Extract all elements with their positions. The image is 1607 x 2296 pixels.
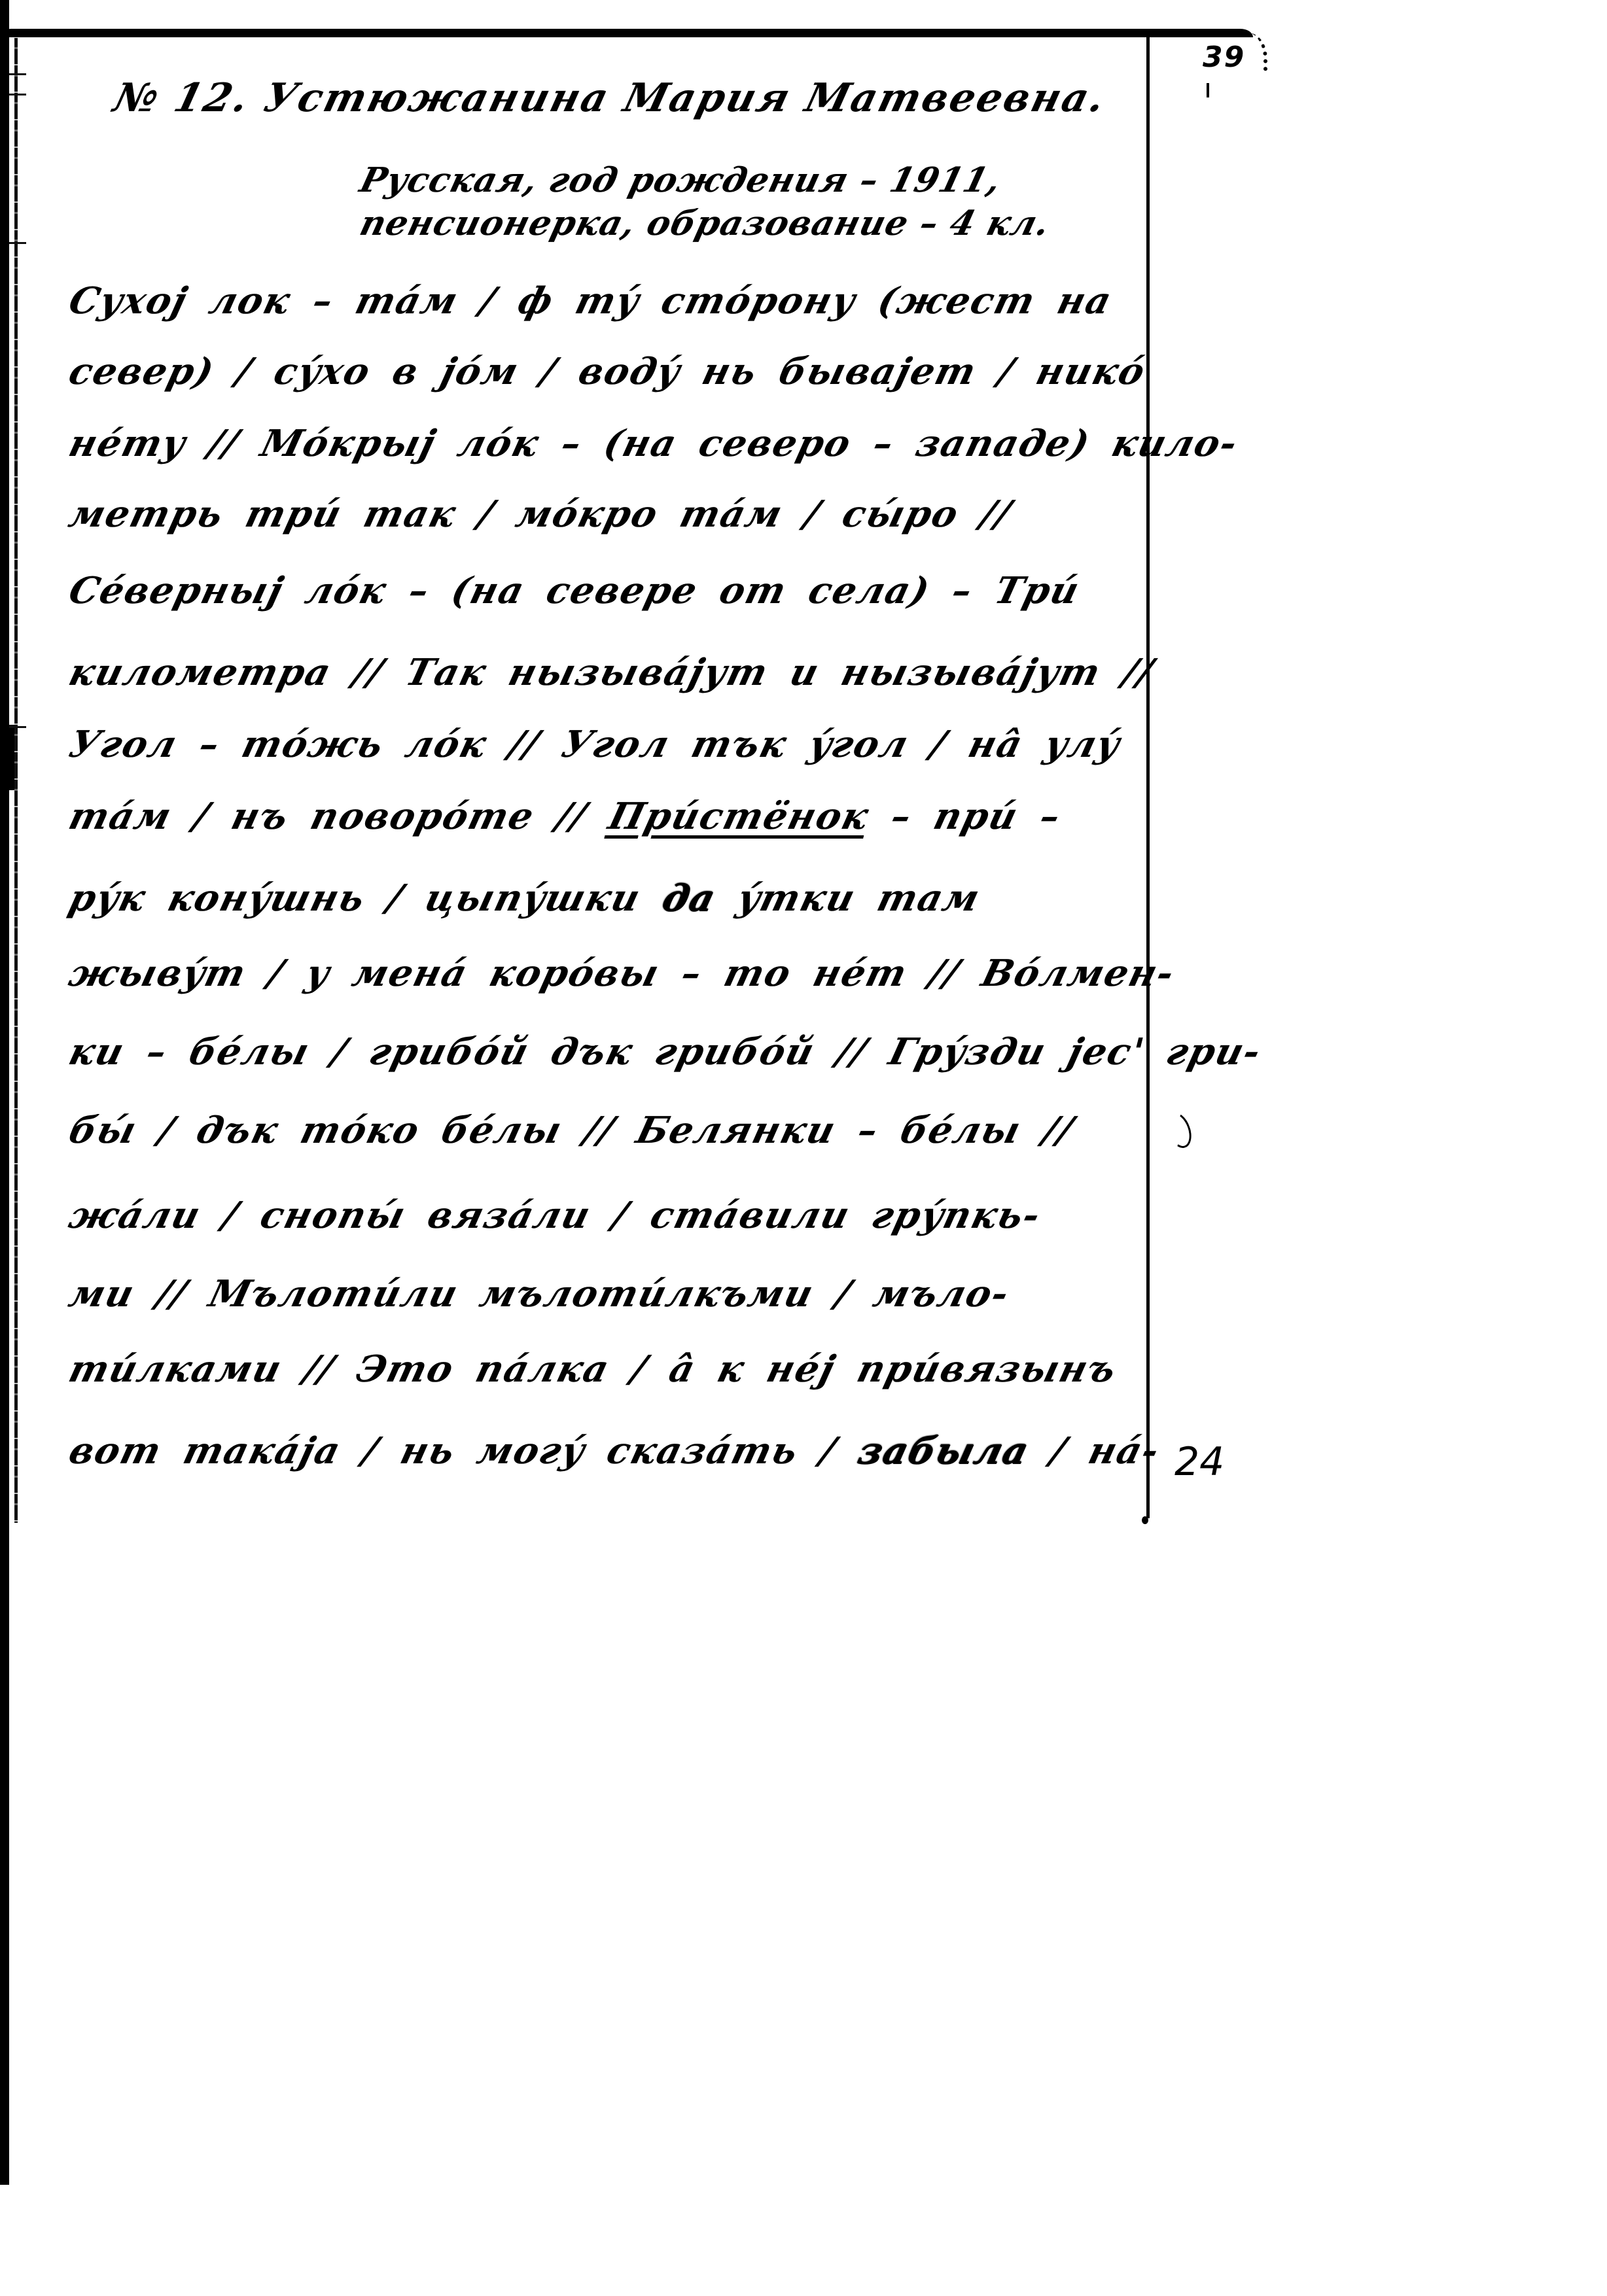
page-corner-curl [1246,33,1267,72]
edge-mark [9,726,26,728]
text-line: жывýт / у менá корóвы – то нéт // Вóлмен… [65,955,1178,992]
margin-line-end-mark [1142,1516,1148,1524]
ink-speck [1207,83,1209,97]
text-segment: тáм / нъ поворóте // [65,795,615,838]
binding-strip [0,0,9,2185]
text-line: Угол – тóжь лóк // Угол тък ýгол / нâ ул… [65,726,1124,763]
edge-mark [9,73,26,75]
text-segment: / нá- [1023,1429,1164,1472]
text-segment: ýтки там [710,877,985,920]
page-top-border [7,29,1253,37]
text-line: тúлками // Это пáлка / â к нéј прúвязынъ [65,1351,1121,1387]
folio-number-bottom: 24 [1174,1439,1224,1485]
text-line: север) / сýхо в jóм / водý нь бываjет / … [65,353,1150,390]
text-line: бы́ / дък тóко бéлы // Белянки – бéлы // [65,1112,1078,1149]
folio-number-top: 39 [1203,41,1245,107]
page-left-edge [14,38,18,1523]
text-segment: – прú – [863,795,1066,838]
text-line: тáм / нъ поворóте // Прúстёнок – прú – [65,798,1065,835]
text-line: ми // Мълотúли мълотúлкъми / мъло- [65,1276,1014,1312]
text-segment: рýк конýшнь / цыпýшки [65,877,669,920]
ink-blot-word: забыла [854,1429,1034,1472]
punch-hole-mark [1162,1109,1195,1151]
text-segment: вот такáја / нь могý сказáть / [65,1429,864,1472]
edge-mark [9,242,26,244]
folio-top-text: 39 [1203,41,1245,74]
informant-meta-line-2: пенсионерка, образование – 4 кл. [357,207,1053,241]
binding-clip [0,725,14,790]
text-line: ки – бéлы / грибóй дък грибóй // Грýзди … [65,1034,1265,1070]
document-title: № 12. Устюжанина Мария Матвеевна. [110,78,1110,118]
text-line: жáли / снопы́ вязáли / стáвили грýпкь- [65,1197,1045,1234]
right-margin-line [1146,37,1150,1518]
edge-mark [9,94,26,96]
text-line: Сéверныј лóк – (на севере от села) – Трú [65,572,1084,609]
text-line: километра // Так нызывáјут и нызывáјут /… [65,654,1157,691]
underlined-term: Прúстёнок [605,795,874,838]
text-line: рýк конýшнь / цыпýшки да ýтки там [65,880,984,916]
text-line: вот такáја / нь могý сказáть / забыла / … [65,1433,1163,1469]
text-line: Сухој лок – тáм / ф тý стóрону (жест на [65,283,1116,319]
informant-meta-line-1: Русская, год рождения – 1911, [357,164,1004,198]
text-line: метрь трú так / мóкро тáм / сы́ро // [65,496,1015,532]
text-line: нéту // Мóкрыј лóк – (на северо – западе… [65,425,1242,462]
